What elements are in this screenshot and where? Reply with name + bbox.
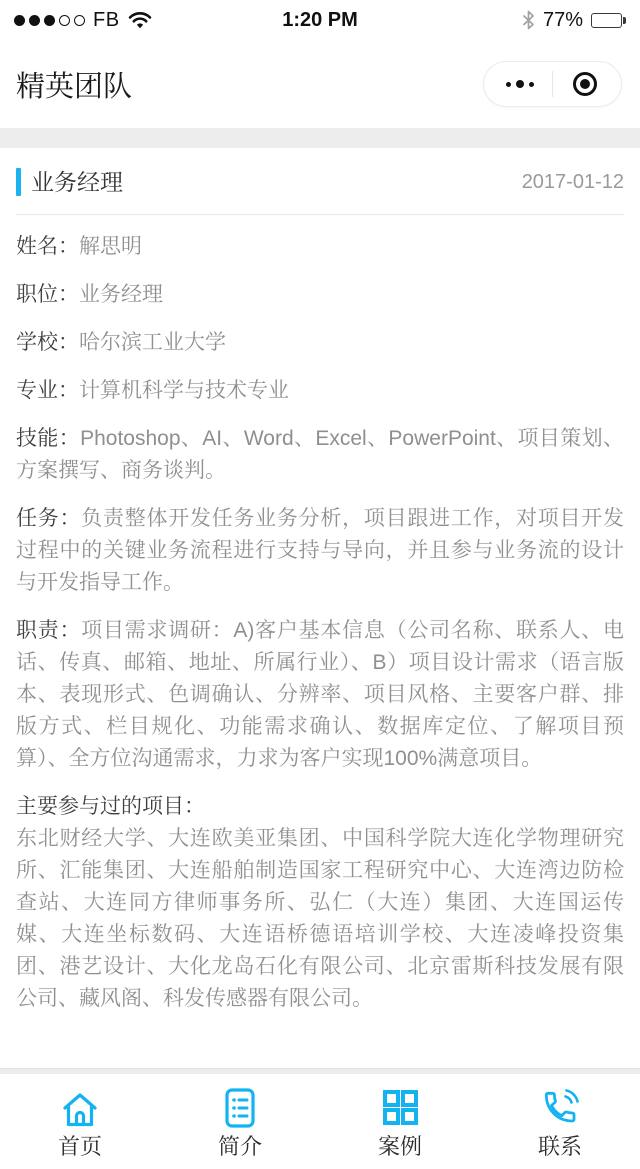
nav-header: 精英团队 [0,40,640,128]
projects-title: 主要参与过的项目： [16,791,624,823]
intro-doc-icon [220,1084,260,1130]
battery-icon [591,13,626,28]
status-right: 77% [406,9,626,32]
home-icon [57,1084,103,1130]
field-label: 专业： [16,379,79,402]
more-menu-button[interactable] [488,80,552,88]
card-header: 业务经理 2017-01-12 [16,166,624,198]
contact-phone-icon [538,1084,582,1130]
exit-miniprogram-button[interactable] [553,72,617,96]
clock-label: 1:20 PM [234,9,406,32]
member-card: 业务经理 2017-01-12 姓名：解思明 职位：业务经理 学校：哈尔滨工业大… [0,148,640,1068]
para-text: 项目需求调研：A)客户基本信息（公司名称、联系人、电话、传真、邮箱、地址、所属行… [16,619,624,770]
tab-intro[interactable]: 简介 [160,1074,320,1169]
tab-contact[interactable]: 联系 [480,1074,640,1169]
miniprogram-capsule [483,61,622,107]
field-value: 计算机科学与技术专业 [79,379,289,402]
card-divider [16,214,624,215]
battery-percent-label: 77% [543,9,583,32]
skills-paragraph: 技能：Photoshop、AI、Word、Excel、PowerPoint、项目… [16,423,624,487]
para-text: Photoshop、AI、Word、Excel、PowerPoint、项目策划、… [16,427,624,482]
field-school: 学校：哈尔滨工业大学 [16,327,624,359]
field-label: 学校： [16,331,79,354]
field-name: 姓名：解思明 [16,231,624,263]
tasks-paragraph: 任务：负责整体开发任务业务分析，项目跟进工作，对项目开发过程中的关键业务流程进行… [16,503,624,599]
para-label: 任务： [16,507,81,530]
field-value: 解思明 [79,235,142,258]
wifi-icon [128,11,152,29]
cases-grid-icon [379,1084,421,1130]
field-position: 职位：业务经理 [16,279,624,311]
para-label: 技能： [16,427,80,450]
card-date: 2017-01-12 [522,166,624,198]
tab-home[interactable]: 首页 [0,1074,160,1169]
para-label: 职责： [16,619,81,642]
accent-bar [16,168,21,196]
tab-bar: 首页 简介 [0,1074,640,1169]
tab-label: 联系 [538,1134,582,1160]
target-circle-icon [573,72,597,96]
role-title: 业务经理 [31,166,522,198]
status-bar: FB 1:20 PM 77% [0,0,640,40]
content-top-divider [0,128,640,148]
field-major: 专业：计算机科学与技术专业 [16,375,624,407]
tab-label: 简介 [218,1134,262,1160]
para-text: 负责整体开发任务业务分析，项目跟进工作，对项目开发过程中的关键业务流程进行支持与… [16,507,624,594]
status-left: FB [14,9,234,32]
carrier-label: FB [93,9,120,32]
bluetooth-icon [522,10,535,30]
ellipsis-more-icon [506,80,534,88]
app-screen: FB 1:20 PM 77% 精英团队 [0,0,640,1169]
field-value: 业务经理 [79,283,163,306]
page-title: 精英团队 [16,64,132,105]
projects-text: 东北财经大学、大连欧美亚集团、中国科学院大连化学物理研究所、汇能集团、大连船舶制… [16,823,624,1015]
field-label: 职位： [16,283,79,306]
field-value: 哈尔滨工业大学 [79,331,226,354]
tab-cases[interactable]: 案例 [320,1074,480,1169]
field-label: 姓名： [16,235,79,258]
signal-strength-icon [14,15,85,26]
tab-label: 案例 [378,1134,422,1160]
tab-label: 首页 [58,1134,102,1160]
duties-paragraph: 职责：项目需求调研：A)客户基本信息（公司名称、联系人、电话、传真、邮箱、地址、… [16,615,624,775]
